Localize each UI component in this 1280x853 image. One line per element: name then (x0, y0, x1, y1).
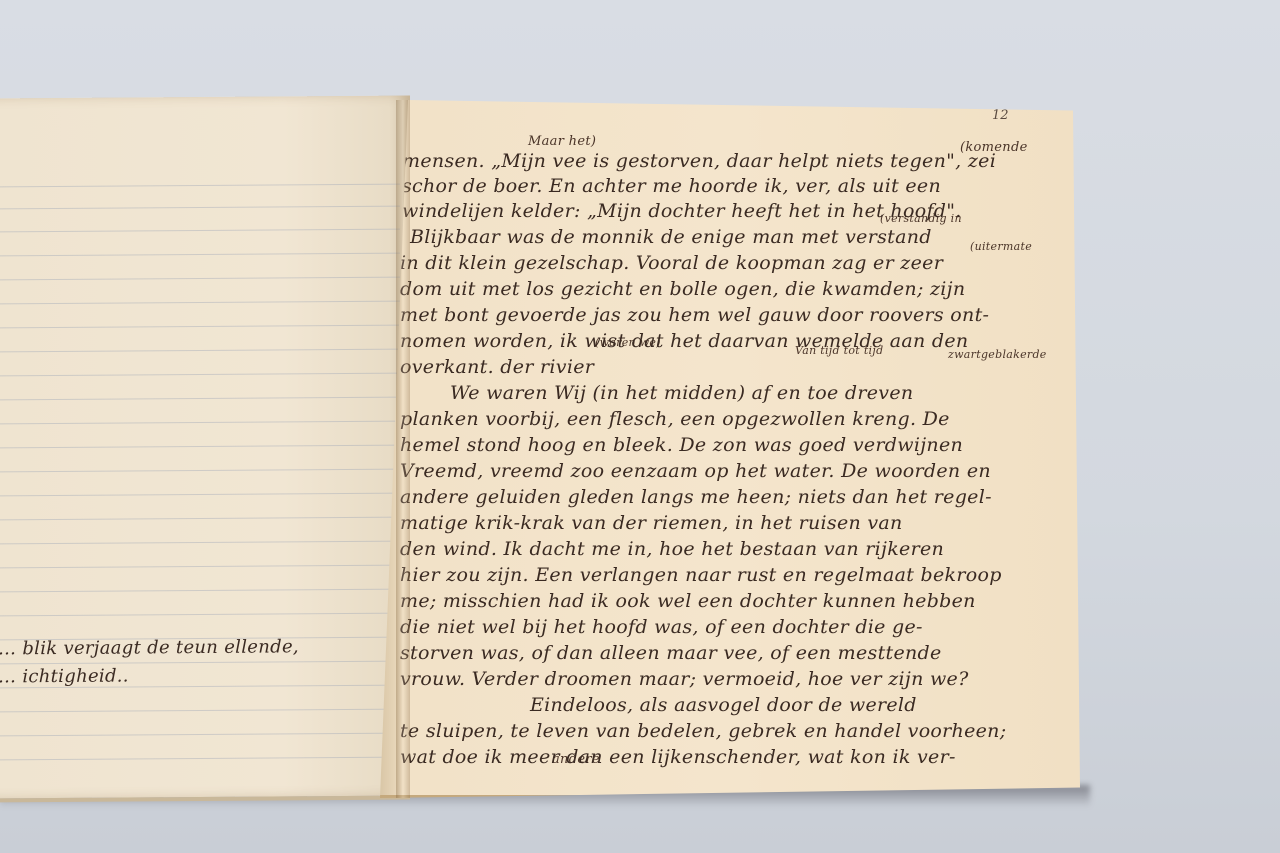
manuscript-line: Eindeloos, als aasvogel door de wereld (530, 694, 917, 716)
manuscript-line: planken voorbij, een flesch, een opgezwo… (400, 408, 950, 430)
manuscript-line: We waren Wij (in het midden) af en toe d… (450, 382, 913, 404)
manuscript-line: matige krik-krak van der riemen, in het … (400, 512, 903, 534)
ruled-line (0, 709, 400, 713)
ruled-line (0, 301, 400, 305)
manuscript-line: te sluipen, te leven van bedelen, gebrek… (400, 720, 1006, 742)
manuscript-line: Vreemd, vreemd zoo eenzaam op het water.… (400, 460, 991, 482)
ruled-line (0, 397, 400, 401)
ruled-line (0, 421, 400, 425)
ruled-line (0, 757, 400, 761)
manuscript-line: hemel stond hoog en bleek. De zon was go… (400, 434, 963, 456)
manuscript-line: schor de boer. En achter me hoorde ik, v… (402, 175, 941, 197)
ruled-line (0, 277, 400, 281)
ruled-line (0, 445, 400, 449)
ruled-line (0, 565, 400, 569)
manuscript-line: me; misschien had ik ook wel een dochter… (400, 590, 976, 612)
ruled-line (0, 349, 400, 353)
manuscript-line: nomen worden, ik wist dat het daarvan we… (400, 330, 968, 352)
ruled-line (0, 206, 400, 210)
page-number: 12 (992, 108, 1009, 123)
manuscript-line: den wind. Ik dacht me in, hoe het bestaa… (400, 538, 944, 560)
ruled-line (0, 661, 400, 665)
manuscript-line: overkant. der rivier (400, 356, 594, 378)
left-page-line: … ichtigheid.. (0, 665, 129, 687)
manuscript-line: in dit klein gezelschap. Vooral de koopm… (400, 252, 943, 274)
manuscript-line: wat doe ik meer dan een lijkenschender, … (400, 746, 956, 768)
notebook-binding (396, 100, 410, 798)
annotation: (uitermate (970, 240, 1032, 253)
manuscript-line: andere geluiden gleden langs me heen; ni… (400, 486, 992, 508)
ruled-line (0, 184, 400, 188)
manuscript-line: Blijkbaar was de monnik de enige man met… (410, 226, 932, 248)
right-page: 12 Maar het) (komende (verstandig in (ui… (380, 100, 1080, 798)
ruled-line (0, 493, 400, 497)
ruled-line (0, 589, 400, 593)
manuscript-line: mensen. „Mijn vee is gestorven, daar hel… (402, 150, 996, 172)
left-page: … blik verjaagt de teun ellende, … ichti… (0, 96, 410, 803)
ruled-line (0, 541, 400, 545)
annotation: Maar het) (528, 134, 596, 149)
manuscript-line: storven was, of dan alleen maar vee, of … (400, 642, 942, 664)
manuscript-line: dom uit met los gezicht en bolle ogen, d… (400, 278, 965, 300)
manuscript-line: vrouw. Verder droomen maar; vermoeid, ho… (400, 668, 969, 690)
left-page-line: … blik verjaagt de teun ellende, (0, 636, 299, 659)
manuscript-line: met bont gevoerde jas zou hem wel gauw d… (400, 304, 989, 326)
ruled-line (0, 469, 400, 473)
manuscript-line: hier zou zijn. Een verlangen naar rust e… (400, 564, 1002, 586)
ruled-line (0, 325, 400, 329)
ruled-line (0, 373, 400, 377)
ruled-line (0, 229, 400, 233)
ruled-line (0, 253, 400, 257)
ruled-line (0, 733, 400, 737)
ruled-line (0, 613, 400, 617)
ruled-line (0, 517, 400, 521)
manuscript-line: windelijen kelder: „Mijn dochter heeft h… (402, 200, 962, 222)
manuscript-line: die niet wel bij het hoofd was, of een d… (400, 616, 923, 638)
